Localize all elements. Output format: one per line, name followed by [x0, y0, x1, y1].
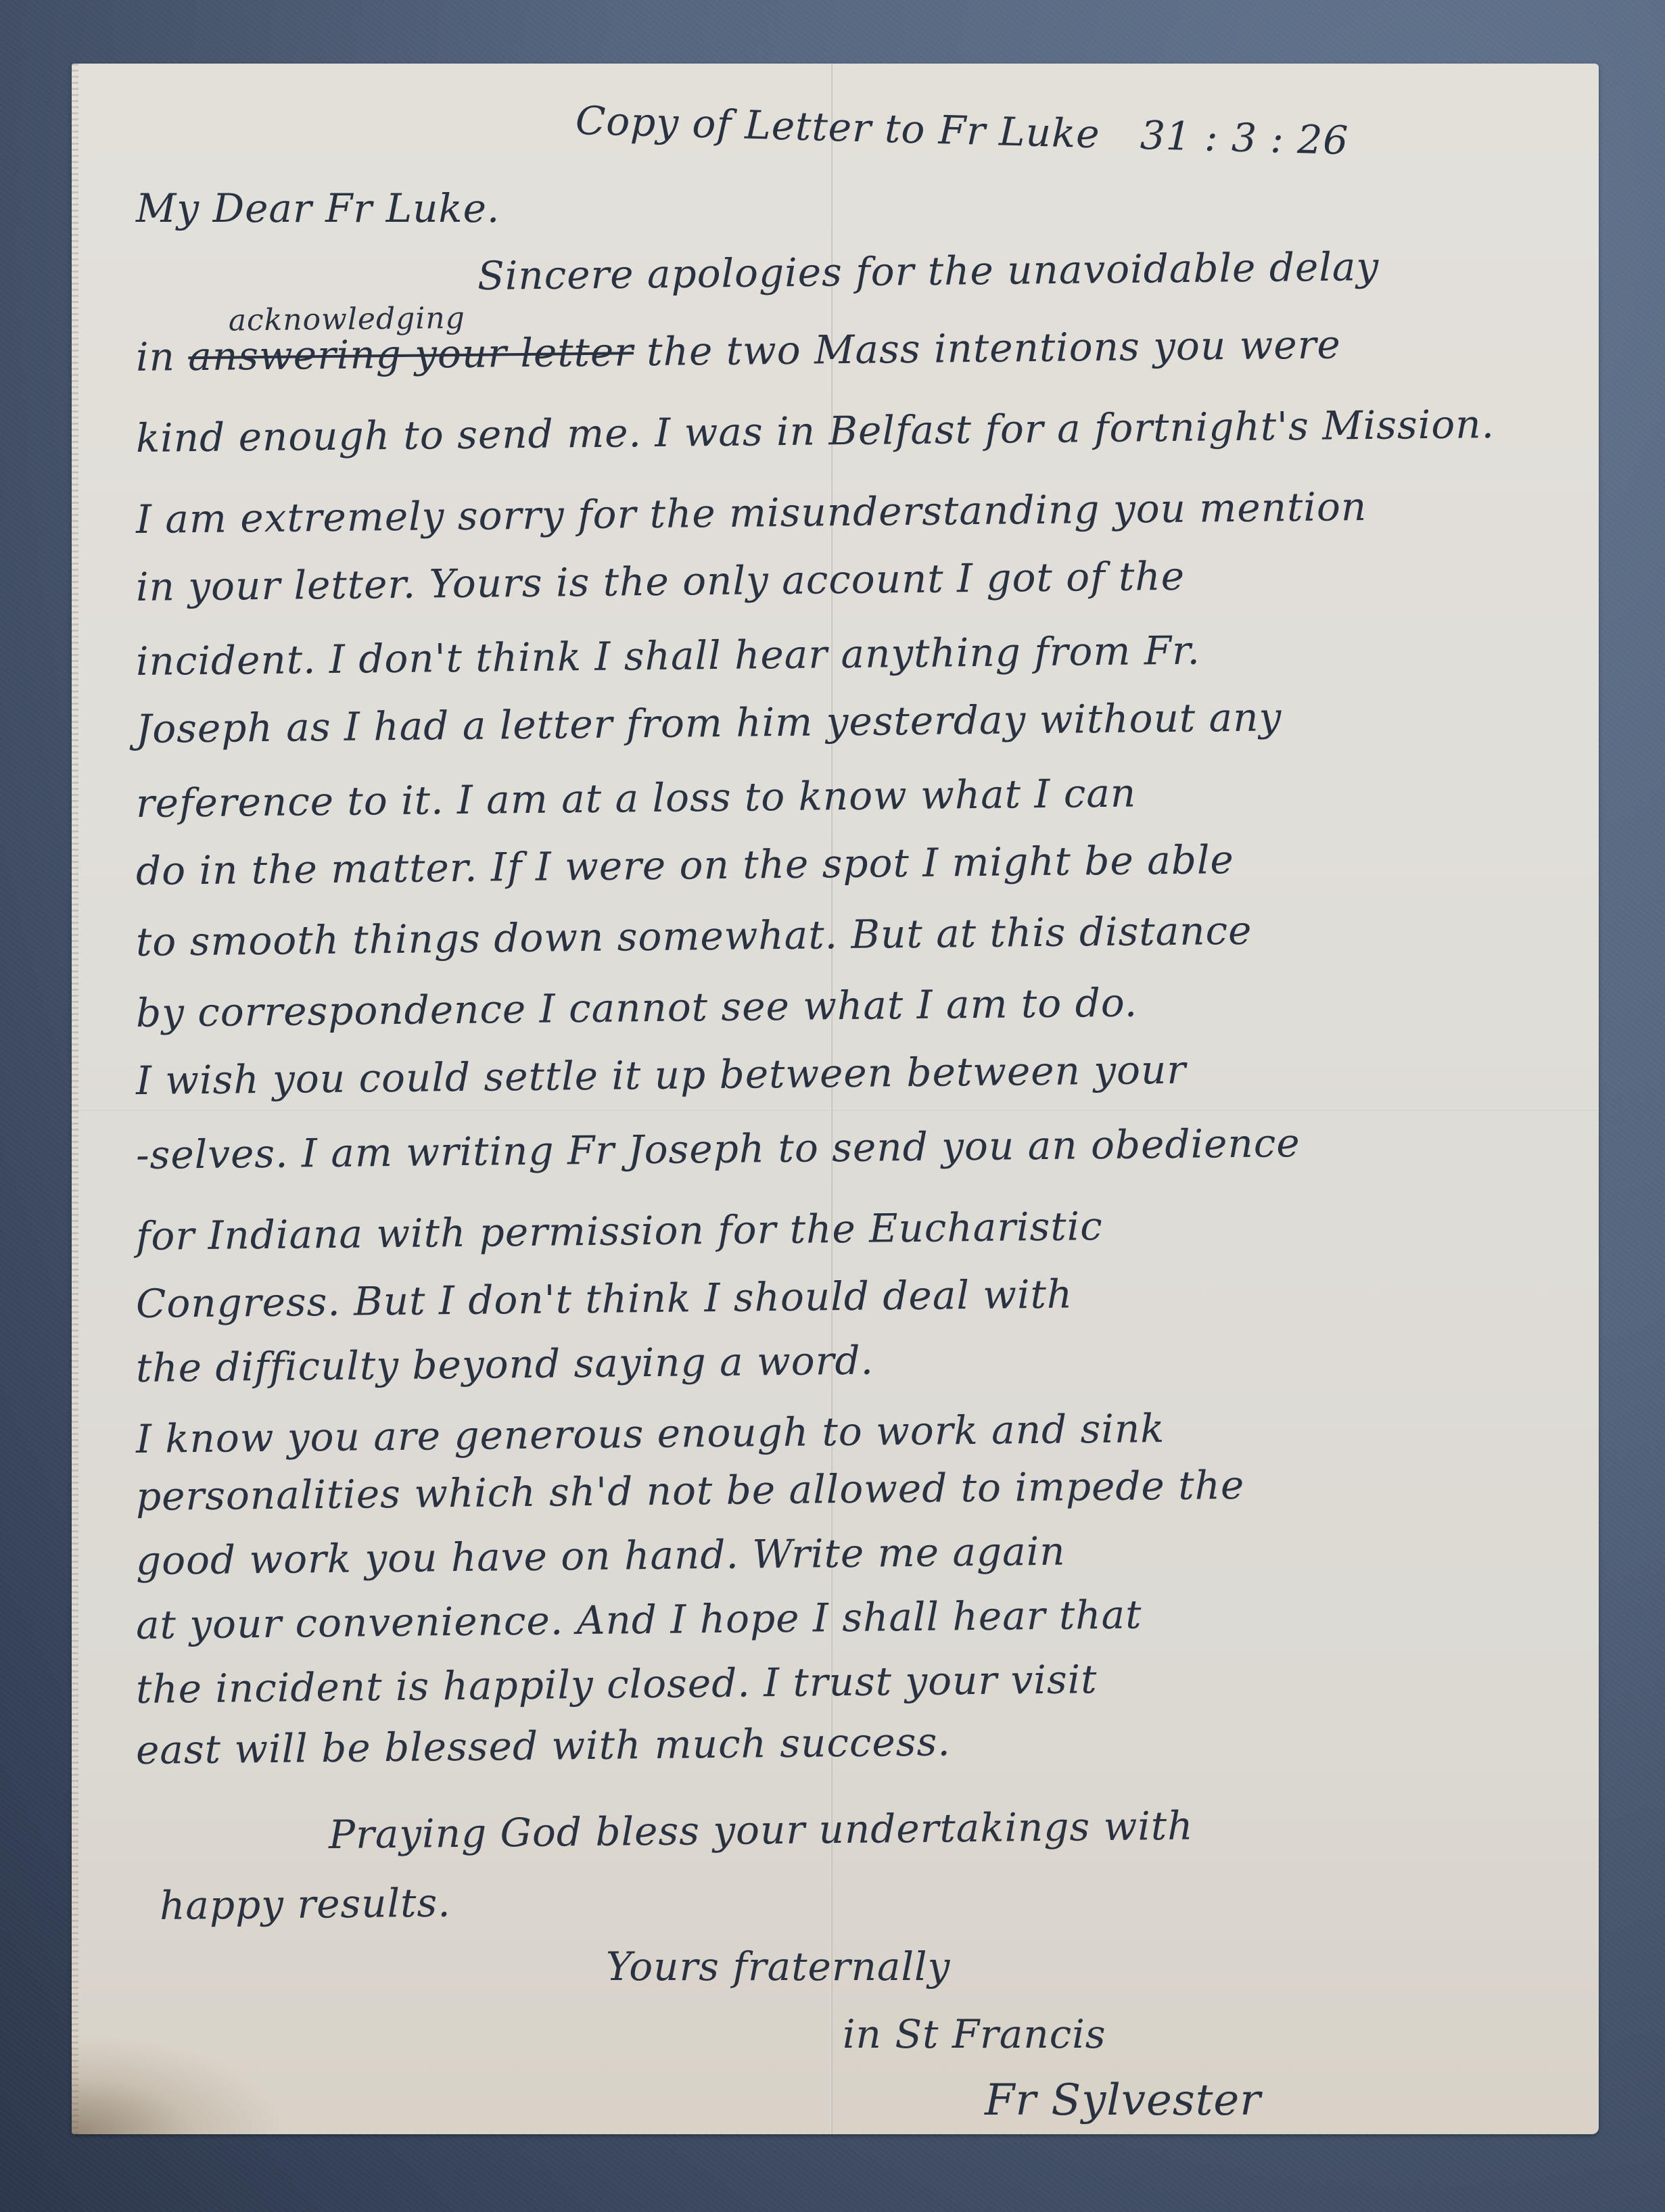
body-line: incident. I don't think I shall hear any… — [136, 628, 1201, 684]
body-line: Praying God bless your undertakings with — [329, 1803, 1194, 1858]
torn-left-edge — [72, 64, 78, 2134]
body-line: to smooth things down somewhat. But at t… — [136, 908, 1252, 965]
letter-date: 31 : 3 : 26 — [1140, 112, 1349, 164]
body-line: reference to it. I am at a loss to know … — [136, 770, 1137, 826]
age-stain — [72, 2033, 288, 2134]
line-text: the two Mass intentions you were — [647, 321, 1341, 375]
valediction: Yours fraternally — [606, 1944, 950, 1990]
line-prefix: in — [136, 333, 176, 380]
signature: Fr Sylvester — [985, 2075, 1261, 2125]
body-line: good work you have on hand. Write me aga… — [136, 1528, 1066, 1584]
body-line: personalities which sh'd not be allowed … — [136, 1462, 1245, 1520]
body-line: Congress. But I don't think I should dea… — [136, 1271, 1073, 1327]
body-line: Joseph as I had a letter from him yester… — [136, 694, 1282, 752]
body-line: by correspondence I cannot see what I am… — [136, 979, 1138, 1036]
body-line: happy results. — [160, 1879, 451, 1929]
body-line: in your letter. Yours is the only accoun… — [136, 553, 1186, 610]
body-line: east will be blessed with much success. — [136, 1718, 951, 1773]
horizontal-fold-crease — [72, 1108, 1599, 1110]
body-line: I wish you could settle it up between be… — [136, 1047, 1187, 1104]
body-line: I am extremely sorry for the misundersta… — [136, 484, 1367, 542]
body-line: at your convenience. And I hope I shall … — [136, 1591, 1142, 1648]
letter-title: Copy of Letter to Fr Luke — [575, 97, 1100, 157]
body-line: I know you are generous enough to work a… — [136, 1405, 1165, 1462]
body-line-with-correction: in acknowledging answering your letter t… — [136, 321, 1341, 380]
body-line: -selves. I am writing Fr Joseph to send … — [136, 1120, 1300, 1178]
body-line: the incident is happily closed. I trust … — [136, 1656, 1098, 1712]
body-line: the difficulty beyond saying a word. — [136, 1338, 874, 1391]
salutation: My Dear Fr Luke. — [136, 185, 500, 231]
valediction-line-2: in St Francis — [843, 2011, 1106, 2057]
body-line: Sincere apologies for the unavoidable de… — [477, 243, 1380, 299]
body-line: do in the matter. If I were on the spot … — [136, 837, 1235, 894]
body-line: for Indiana with permission for the Euch… — [136, 1203, 1103, 1259]
letter-header: Copy of Letter to Fr Luke 31 : 3 : 26 — [575, 97, 1349, 164]
letter-sheet: Copy of Letter to Fr Luke 31 : 3 : 26 My… — [72, 64, 1599, 2134]
inserted-word: acknowledging — [229, 301, 466, 338]
body-line: kind enough to send me. I was in Belfast… — [136, 401, 1495, 461]
